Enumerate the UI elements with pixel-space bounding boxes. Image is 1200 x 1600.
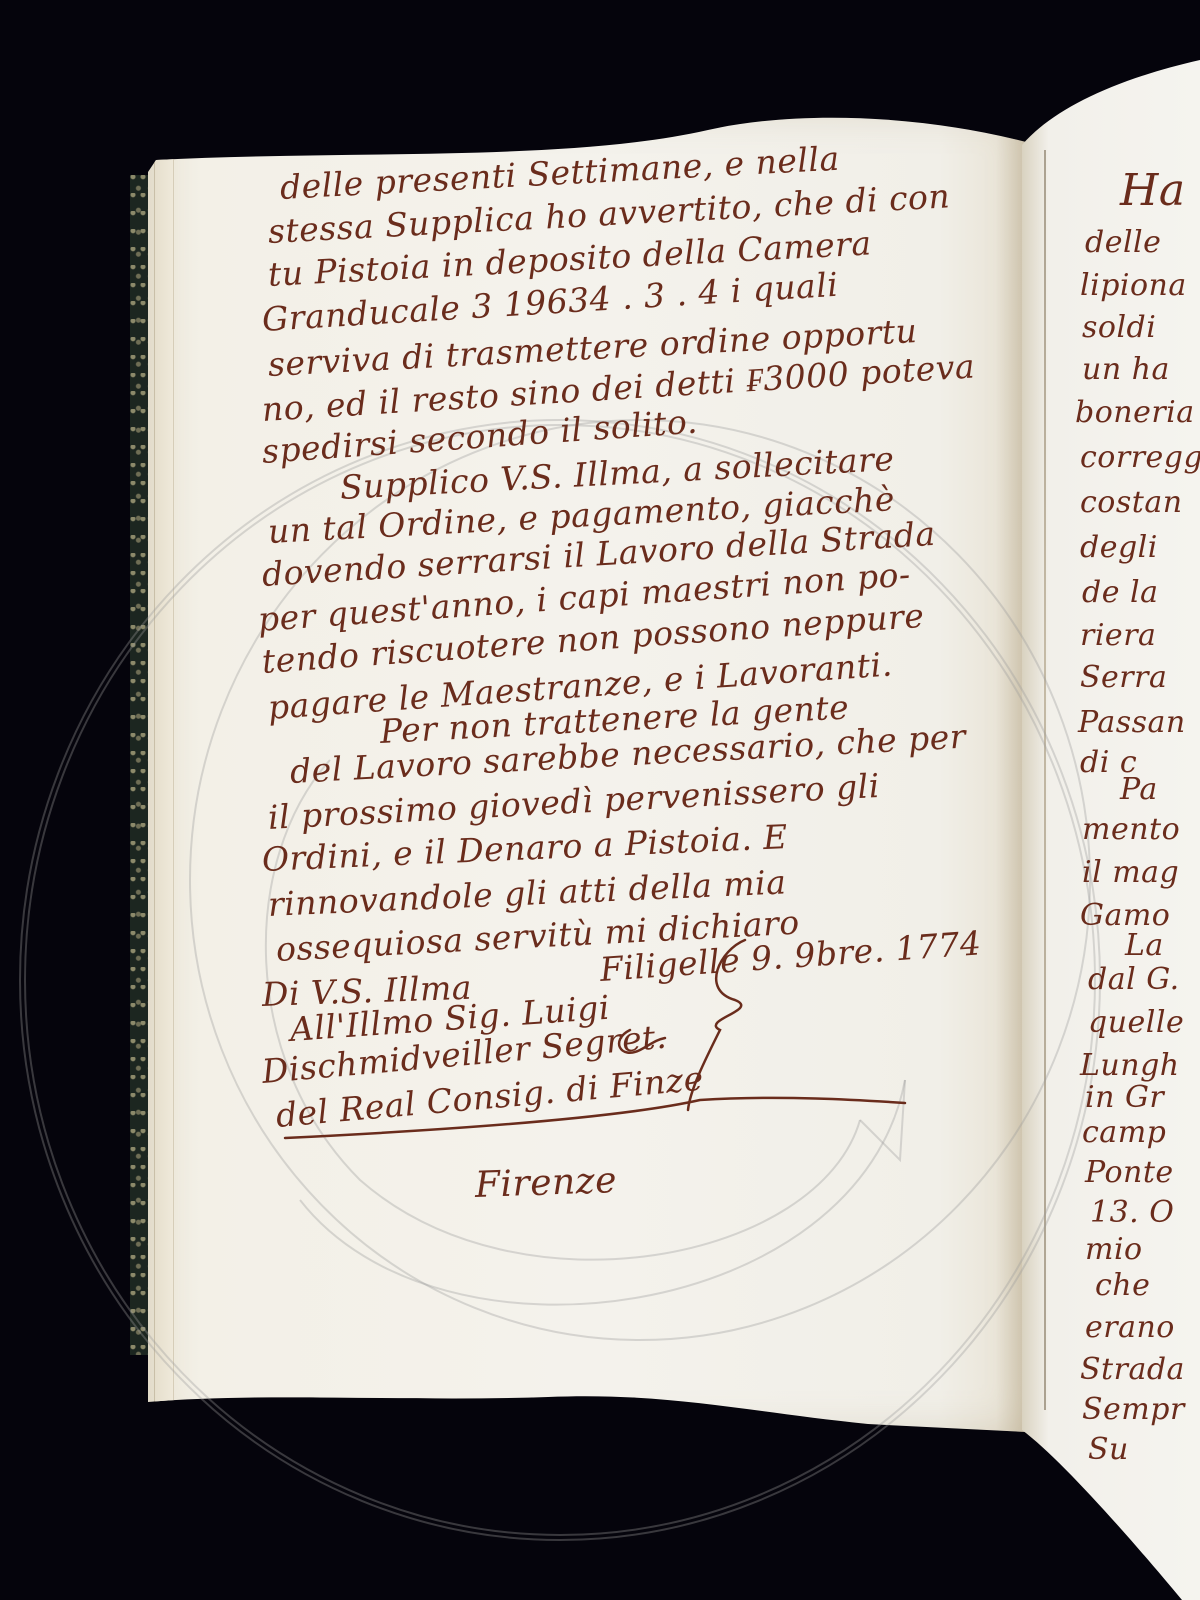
manuscript-photo: delle presenti Settimane, e nella stessa… — [0, 0, 1200, 1600]
text-line: Su — [1088, 1432, 1129, 1467]
text-line: riera — [1080, 618, 1156, 653]
text-line: il mag — [1082, 855, 1179, 890]
text-line: corregg — [1080, 440, 1200, 475]
text-line: La — [1125, 928, 1164, 963]
text-line: degli — [1080, 530, 1158, 565]
text-line: delle — [1085, 225, 1161, 260]
text-line: costan — [1080, 485, 1183, 520]
page-edges — [154, 152, 174, 1402]
text-line: un ha — [1082, 352, 1170, 387]
text-line: Lungh — [1080, 1048, 1180, 1083]
text-line: de la — [1082, 575, 1158, 610]
gutter-shadow — [996, 112, 1026, 1432]
text-line: in Gr — [1085, 1080, 1164, 1115]
text-line: boneria — [1075, 395, 1195, 430]
text-line: Serra — [1080, 660, 1167, 695]
text-line: quelle — [1088, 1005, 1184, 1040]
text-line: Strada — [1080, 1352, 1185, 1387]
text-line: Ha — [1120, 165, 1186, 216]
text-line: che — [1095, 1268, 1150, 1303]
spine-crease — [1044, 150, 1046, 1410]
text-line: Sempr — [1082, 1392, 1185, 1427]
text-line: Ponte — [1085, 1155, 1174, 1190]
text-line: camp — [1082, 1115, 1166, 1150]
address-city: Firenze — [474, 1160, 617, 1206]
text-line: mio — [1085, 1232, 1143, 1267]
text-line: mento — [1082, 812, 1180, 847]
text-line: erano — [1085, 1310, 1175, 1345]
text-line: Passan — [1078, 705, 1186, 740]
text-line: Pa — [1120, 772, 1158, 807]
text-line: lipiona — [1080, 268, 1187, 303]
text-line: soldi — [1082, 310, 1156, 345]
text-line: dal G. — [1088, 962, 1180, 997]
text-line: 13. O — [1090, 1195, 1174, 1230]
